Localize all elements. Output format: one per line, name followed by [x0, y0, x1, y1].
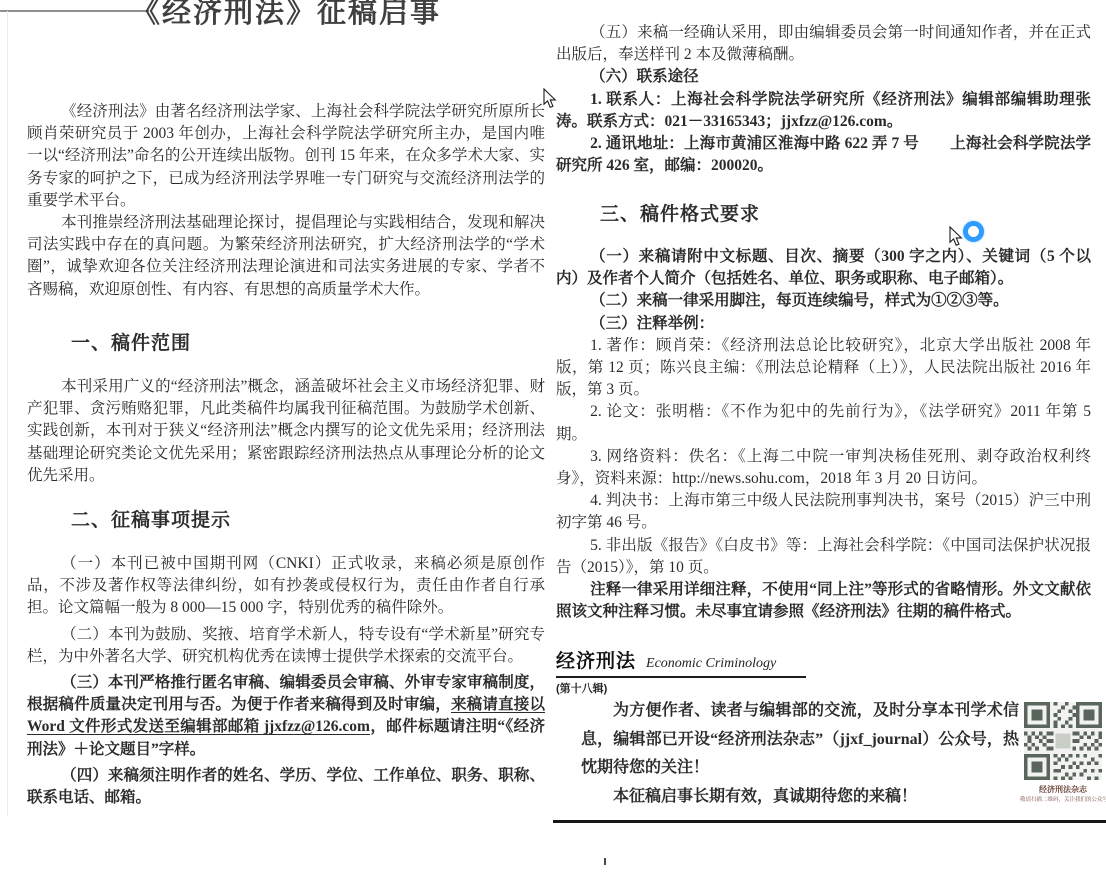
section-heading-notes: 二、征稿事项提示 — [27, 505, 545, 532]
qr-caption-subtitle: 敬请扫描二维码，关注我们的公众号 — [1020, 797, 1106, 804]
mouse-cursor-icon — [543, 88, 559, 110]
mouse-cursor-busy-icon — [949, 226, 965, 248]
citation-note: 注释一律采用详细注释，不使用“同上注”等形式的省略情形。外文文献依照该文种注释习… — [556, 579, 1091, 623]
notes-item-2: （二）本刊为鼓励、奖掖、培育学术新人，特专设有“学术新星”研究专栏，为中外著名大… — [27, 624, 545, 668]
intro-paragraph-1: 《经济刑法》由著名经济刑法学家、上海社会科学院法学研究所原所长顾肖荣研究员于 2… — [27, 101, 545, 212]
contact-address: 2. 通讯地址：上海市黄浦区淮海中路 622 弄 7 号 上海社会科学院法学研究… — [556, 133, 1091, 177]
section-notes-body: （一）本刊已被中国期刊网（CNKI）正式收录，来稿必须是原创作品，不涉及著作权等… — [27, 553, 545, 813]
intro-paragraphs: 《经济刑法》由著名经济刑法学家、上海社会科学院法学研究所原所长顾肖荣研究员于 2… — [27, 101, 545, 301]
journal-brand-line: 经济刑法 Economic Criminology — [556, 646, 806, 678]
wechat-qr-block: 经济刑法杂志 敬请扫描二维码，关注我们的公众号 — [1020, 702, 1106, 804]
notes-continuation: （五）来稿一经确认采用，即由编辑委员会第一时间通知作者，并在正式出版后，奉送样刊… — [556, 22, 1091, 177]
scope-paragraph: 本刊采用广义的“经济刑法”概念，涵盖破坏社会主义市场经济犯罪、财产犯罪、贪污贿赂… — [27, 376, 545, 487]
citation-example-web: 3. 网络资料：佚名：《上海二中院一审判决杨佳死刑、剥夺政治权利终身》，资料来源… — [556, 446, 1091, 490]
citation-example-report: 5. 非出版《报告》《白皮书》等：上海社会科学院：《中国司法保护状况报告（201… — [556, 535, 1091, 579]
section-format-body: （一）来稿请附中文标题、目次、摘要（300 字之内）、关键词（5 个以内）及作者… — [556, 246, 1091, 623]
citation-example-judgment: 4. 判决书：上海市第三中级人民法院刑事判决书，案号（2015）沪三中刑初字第 … — [556, 490, 1091, 534]
journal-name-cn: 经济刑法 — [556, 651, 636, 672]
journal-brand-footer: 经济刑法 Economic Criminology (第十八辑) — [556, 646, 806, 696]
qr-code — [1024, 702, 1102, 780]
scan-edge-line-left — [7, 11, 8, 816]
journal-volume: (第十八辑) — [556, 680, 806, 696]
page-bottom-rule — [553, 820, 1106, 823]
section-heading-scope: 一、稿件范围 — [27, 328, 545, 355]
format-item-3: （三）注释举例： — [556, 313, 1091, 335]
notes-item-1: （一）本刊已被中国期刊网（CNKI）正式收录，来稿必须是原创作品，不涉及著作权等… — [27, 553, 545, 620]
closing-paragraphs: 为方便作者、读者与编辑部的交流，及时分享本刊学术信息，编辑部已开设“经济刑法杂志… — [581, 697, 1019, 811]
scanned-document-viewport: { "doc": { "title": "《经济刑法》征稿启事" }, "lef… — [0, 0, 1106, 880]
busy-indicator-icon — [963, 221, 984, 242]
citation-example-article: 2. 论文：张明楷：《不作为犯中的先前行为》，《法学研究》2011 年第 5 期… — [556, 401, 1091, 445]
scan-artifact-speck — [604, 858, 606, 865]
journal-name-en: Economic Criminology — [646, 656, 776, 671]
citation-example-book: 1. 著作：顾肖荣：《经济刑法总论比较研究》，北京大学出版社 2008 年版，第… — [556, 335, 1091, 402]
notes-item-4: （四）来稿须注明作者的姓名、学历、学位、工作单位、职务、职称、联系电话、邮箱。 — [27, 765, 545, 809]
closing-paragraph-validity: 本征稿启事长期有效，真诚期待您的来稿！ — [581, 783, 1019, 812]
section-scope-body: 本刊采用广义的“经济刑法”概念，涵盖破坏社会主义市场经济犯罪、财产犯罪、贪污贿赂… — [27, 376, 545, 487]
format-item-2: （二）来稿一律采用脚注，每页连续编号，样式为①②③等。 — [556, 290, 1091, 312]
contact-person: 1. 联系人：上海社会科学院法学研究所《经济刑法》编辑部编辑助理张涛。联系方式：… — [556, 89, 1091, 133]
qr-caption-title: 经济刑法杂志 — [1020, 785, 1106, 795]
intro-paragraph-2: 本刊推崇经济刑法基础理论探讨，提倡理论与实践相结合，发现和解决司法实践中存在的真… — [27, 212, 545, 301]
format-item-1: （一）来稿请附中文标题、目次、摘要（300 字之内）、关键词（5 个以内）及作者… — [556, 246, 1091, 290]
section-heading-format: 三、稿件格式要求 — [556, 199, 1091, 226]
closing-paragraph-wechat: 为方便作者、读者与编辑部的交流，及时分享本刊学术信息，编辑部已开设“经济刑法杂志… — [581, 697, 1019, 783]
notes-item-6: （六）联系途径 — [556, 66, 1091, 88]
notes-item-5: （五）来稿一经确认采用，即由编辑委员会第一时间通知作者，并在正式出版后，奉送样刊… — [556, 22, 1091, 66]
document-title: 《经济刑法》征稿启事 — [27, 0, 545, 31]
notes-item-3: （三）本刊严格推行匿名审稿、编辑委员会审稿、外审专家审稿制度，根据稿件质量决定刊… — [27, 672, 545, 761]
